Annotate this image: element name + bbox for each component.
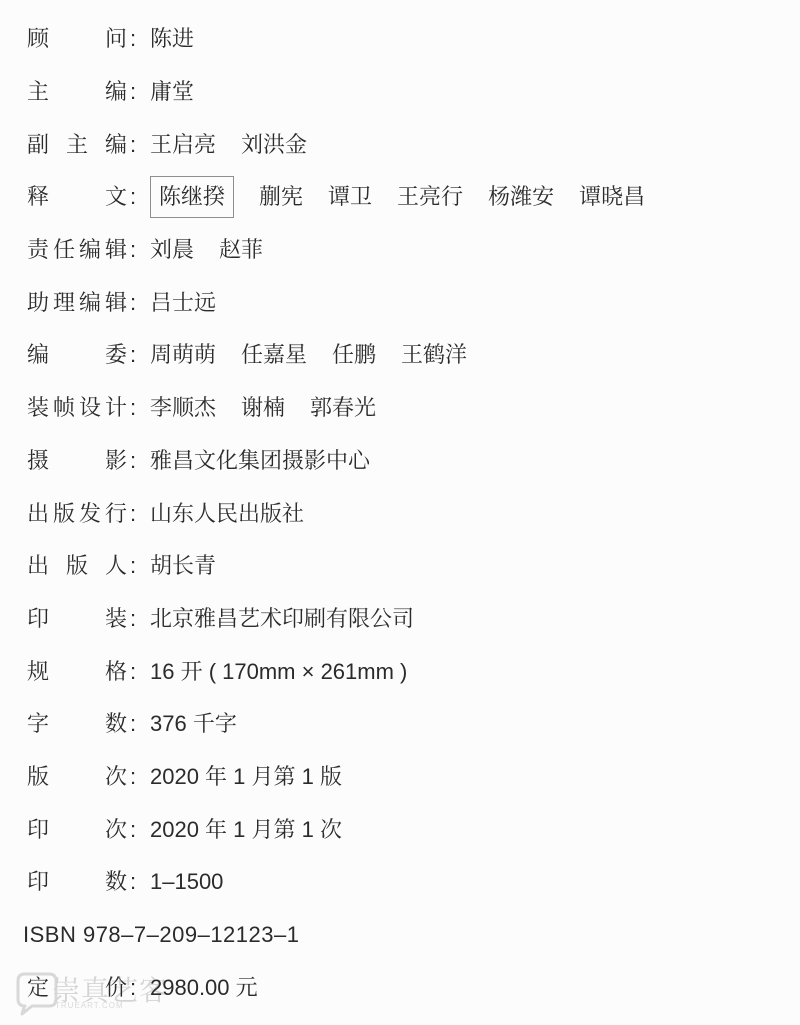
field-value: 庸堂 (150, 81, 194, 103)
row-price: 定价: 2980.00 元 (27, 961, 782, 1014)
field-label: 定价 (27, 977, 127, 999)
field-label: 规格 (27, 661, 127, 683)
field-label: 摄影 (27, 450, 127, 472)
name-item: 任嘉星 (241, 344, 307, 366)
field-label: 责任编辑 (27, 239, 127, 261)
field-values: 王启亮 刘洪金 (150, 134, 307, 156)
field-value: 山东人民出版社 (150, 503, 304, 525)
name-item: 任鹏 (332, 344, 376, 366)
field-value: 376 千字 (150, 713, 237, 735)
colophon-rows: 顾问: 陈进 主编: 庸堂 副主编: 王启亮 刘洪金 释文: 陈继揆 蒯宪 谭卫… (0, 0, 800, 1014)
name-item: 谭卫 (328, 186, 372, 208)
colon: : (127, 186, 149, 208)
row-print-run: 印数: 1–1500 (27, 856, 782, 909)
name-item: 谭晓昌 (579, 186, 645, 208)
field-value: 雅昌文化集团摄影中心 (150, 450, 370, 472)
name-item: 刘洪金 (241, 134, 307, 156)
name-item: 周萌萌 (150, 344, 216, 366)
field-label: 装帧设计 (27, 397, 127, 419)
row-impression: 印次: 2020 年 1 月第 1 次 (27, 803, 782, 856)
field-label: 版次 (27, 766, 127, 788)
isbn-text: ISBN 978–7–209–12123–1 (23, 924, 299, 946)
field-values: 李顺杰 谢楠 郭春光 (150, 397, 376, 419)
field-label: 出版人 (27, 555, 127, 577)
colon: : (127, 28, 149, 50)
row-publisher: 出版发行: 山东人民出版社 (27, 487, 782, 540)
name-item: 蒯宪 (259, 186, 303, 208)
colon: : (127, 134, 149, 156)
name-item: 王鹤洋 (401, 344, 467, 366)
row-advisor: 顾问: 陈进 (27, 13, 782, 66)
field-label: 主编 (27, 81, 127, 103)
row-chief-editor: 主编: 庸堂 (27, 66, 782, 119)
row-binding-design: 装帧设计: 李顺杰 谢楠 郭春光 (27, 382, 782, 435)
name-item: 王启亮 (150, 134, 216, 156)
colon: : (127, 713, 149, 735)
row-word-count: 字数: 376 千字 (27, 698, 782, 751)
name-item: 刘晨 (150, 239, 194, 261)
field-value: 16 开 ( 170mm × 261mm ) (150, 661, 407, 683)
row-photography: 摄影: 雅昌文化集团摄影中心 (27, 435, 782, 488)
colon: : (127, 766, 149, 788)
colon: : (127, 344, 149, 366)
colon: : (127, 661, 149, 683)
field-label: 出版发行 (27, 503, 127, 525)
field-value: 吕士远 (150, 292, 216, 314)
field-values: 周萌萌 任嘉星 任鹏 王鹤洋 (150, 344, 467, 366)
field-value: 陈进 (150, 28, 194, 50)
row-format: 规格: 16 开 ( 170mm × 261mm ) (27, 645, 782, 698)
colon: : (127, 819, 149, 841)
field-label: 字数 (27, 713, 127, 735)
row-publisher-person: 出版人: 胡长青 (27, 540, 782, 593)
colon: : (127, 608, 149, 630)
colon: : (127, 871, 149, 893)
field-value: 2020 年 1 月第 1 次 (150, 819, 342, 841)
colophon-page: 崇真艺客 TRUEART.COM 顾问: 陈进 主编: 庸堂 副主编: 王启亮 … (0, 0, 800, 1025)
field-values: 陈继揆 蒯宪 谭卫 王亮行 杨潍安 谭晓昌 (150, 186, 645, 208)
colon: : (127, 503, 149, 525)
boxed-name-item: 陈继揆 (150, 176, 234, 218)
colon: : (127, 292, 149, 314)
row-transcription: 释文: 陈继揆 蒯宪 谭卫 王亮行 杨潍安 谭晓昌 (27, 171, 782, 224)
field-label: 印数 (27, 871, 127, 893)
field-label: 副主编 (27, 134, 127, 156)
field-values: 刘晨 赵菲 (150, 239, 263, 261)
name-item: 杨潍安 (488, 186, 554, 208)
name-item: 赵菲 (219, 239, 263, 261)
colon: : (127, 555, 149, 577)
field-label: 编委 (27, 344, 127, 366)
field-label: 印装 (27, 608, 127, 630)
row-isbn: ISBN 978–7–209–12123–1 (27, 909, 782, 962)
row-edition: 版次: 2020 年 1 月第 1 版 (27, 751, 782, 804)
field-value: 2020 年 1 月第 1 版 (150, 766, 342, 788)
field-value: 2980.00 元 (150, 977, 258, 999)
field-value: 北京雅昌艺术印刷有限公司 (150, 608, 414, 630)
colon: : (127, 239, 149, 261)
row-editorial-board: 编委: 周萌萌 任嘉星 任鹏 王鹤洋 (27, 329, 782, 382)
colon: : (127, 397, 149, 419)
field-value: 胡长青 (150, 555, 216, 577)
field-label: 释文 (27, 186, 127, 208)
colon: : (127, 81, 149, 103)
name-item: 王亮行 (397, 186, 463, 208)
field-label: 印次 (27, 819, 127, 841)
row-printing-binding: 印装: 北京雅昌艺术印刷有限公司 (27, 593, 782, 646)
field-label: 助理编辑 (27, 292, 127, 314)
name-item: 郭春光 (310, 397, 376, 419)
colon: : (127, 977, 149, 999)
row-assistant-editor: 助理编辑: 吕士远 (27, 276, 782, 329)
field-value: 1–1500 (150, 871, 223, 893)
name-item: 谢楠 (241, 397, 285, 419)
field-label: 顾问 (27, 28, 127, 50)
row-managing-editor: 责任编辑: 刘晨 赵菲 (27, 224, 782, 277)
name-item: 李顺杰 (150, 397, 216, 419)
row-deputy-chief-editor: 副主编: 王启亮 刘洪金 (27, 118, 782, 171)
colon: : (127, 450, 149, 472)
